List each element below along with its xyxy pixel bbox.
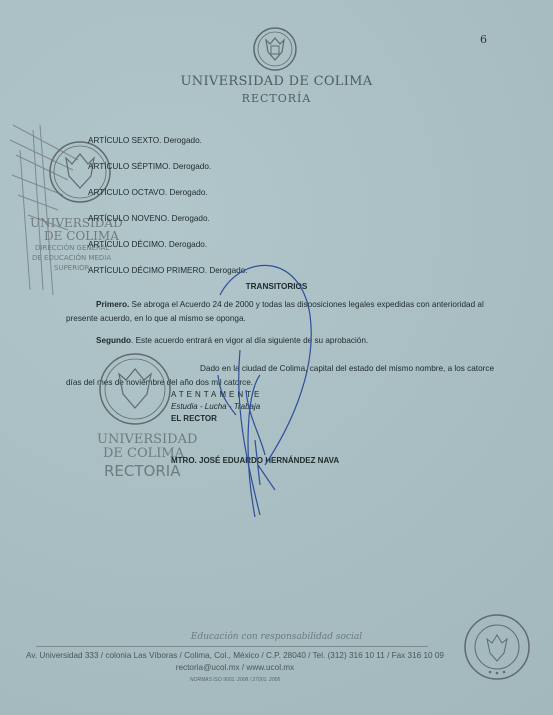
footer-iso-norms: NORMAS ISO 9001: 2008 / 27001: 2005 <box>0 677 470 683</box>
article-octavo: ARTÍCULO OCTAVO. Derogado. <box>88 188 208 197</box>
footer-contact: rectoria@ucol.mx / www.ucol.mx <box>0 663 470 672</box>
left-stamp-line5: SUPERIOR <box>54 264 90 272</box>
rector-stamp-line1: UNIVERSIDAD <box>97 432 197 447</box>
article-decimo: ARTÍCULO DÉCIMO. Derogado. <box>88 240 207 249</box>
page-number: 6 <box>480 33 487 46</box>
article-noveno: ARTÍCULO NOVENO. Derogado. <box>88 214 210 223</box>
iso-certification-seal-icon <box>462 612 532 682</box>
rector-stamp-seal-icon <box>98 352 172 426</box>
university-crest-icon <box>252 26 298 72</box>
handwritten-signature <box>200 255 330 520</box>
left-stamp-line4: DE EDUCACIÓN MEDIA <box>32 254 111 262</box>
university-name: UNIVERSIDAD DE COLIMA <box>0 74 553 89</box>
footer-address: Av. Universidad 333 / colonia Las Víbora… <box>0 651 470 660</box>
article-septimo: ARTÍCULO SÉPTIMO. Derogado. <box>88 162 211 171</box>
article-sexto: ARTÍCULO SEXTO. Derogado. <box>88 136 202 145</box>
office-name: RECTORÍA <box>0 92 553 105</box>
footer-divider <box>36 646 428 647</box>
rector-stamp-line3: RECTORIA <box>104 462 180 480</box>
